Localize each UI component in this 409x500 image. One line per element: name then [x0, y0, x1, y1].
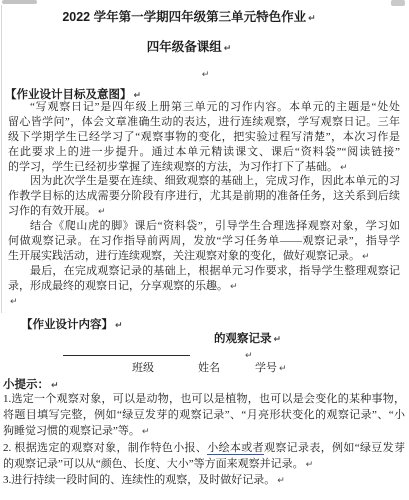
paragraph-mark-icon: ↵	[279, 364, 287, 374]
tip-line: 的观察记录”可以从“颜色、长度、大小”等方面来观察并记录。↵	[3, 456, 405, 472]
paragraph-mark-icon: ↵	[202, 70, 210, 80]
document-title: 2022 学年第一学期四年级第三单元特色作业↵	[8, 7, 370, 25]
paragraph-mark-icon: ↵	[98, 207, 106, 217]
text: 观察记录表，例如“绿豆发芽	[264, 442, 405, 454]
tips-heading: 小提示：↵	[3, 376, 59, 392]
fill-in-blank-row: ↵	[8, 343, 400, 355]
text-line: 录，形成最终的观察日记，分享观察的乐趣。↵	[8, 279, 400, 294]
paragraph-mark-icon: ↵	[142, 427, 150, 437]
grammar-underlined-text: 小绘本或者	[207, 442, 264, 455]
class-label: 班级	[132, 362, 154, 374]
name-label: 姓名	[198, 362, 220, 374]
title-text: 2022 学年第一学期四年级第三单元特色作业	[62, 10, 306, 24]
text-line: 作教学目标的达成需要分阶段有序进行，尤其是前期的准备任务，这关系到后续	[8, 189, 400, 204]
heading-text: 【作业设计内容】	[21, 319, 113, 331]
text: 习作的有效开展。	[8, 205, 96, 217]
text-line: 最后，在完成观察记录的基础上，根据单元习作要求，指导学生整理观察记	[8, 264, 400, 279]
text-line: 的学习，学生已经初步掌握了连续观察的方法，为习作打下了基础。↵	[8, 160, 400, 175]
text-line: 何做观察记录。在习作指导前两周，发放“学习任务单——观察记录”，指导学	[8, 234, 400, 249]
empty-paragraph: ↵	[8, 294, 18, 308]
top-left-ui-fragment	[2, 0, 37, 4]
paragraph-mark-icon: ↵	[277, 476, 285, 486]
text-line: 在此要求上的进一步提升。通过本单元精读课文、课后“资料袋”“阅读链接”	[8, 145, 400, 160]
text-line: 结合《爬山虎的脚》课后“资料袋”，引导学生合理选择观察对象，学习如	[8, 219, 400, 234]
goals-text-block: “写观察日记”是四年级上册第三单元的习作内容。本单元的主题是“处处 留心皆学问”…	[8, 100, 400, 294]
tip-line: 1.选定一个观察对象，可以是动物，也可以是植物，也可以是会变化的某种事物，	[3, 391, 405, 407]
paragraph-mark-icon: ↵	[115, 321, 123, 331]
text-line: 生开展实践活动，进行连续观察，关注观察对象的变化，做好观察记录。↵	[8, 249, 400, 264]
subtitle-text: 四年级备课组	[147, 40, 222, 54]
paragraph-mark-icon: ↵	[10, 297, 18, 307]
paragraph-mark-icon: ↵	[230, 282, 238, 292]
text: 狗睡觉习惯的观察记录”等。	[3, 425, 140, 437]
top-right-ui-fragment	[391, 0, 405, 6]
paragraph-mark-icon: ↵	[340, 163, 348, 173]
student-info-row: 班级姓名学号↵	[8, 359, 400, 375]
text: 生开展实践活动，进行连续观察，关注观察对象的变化，做好观察记录。	[8, 250, 360, 262]
text: 录，形成最终的观察日记，分享观察的乐趣。	[8, 280, 228, 292]
document-page: 2022 学年第一学期四年级第三单元特色作业↵ 四年级备课组↵ ↵ 【作业设计目…	[0, 0, 409, 500]
section-heading-content: 【作业设计内容】↵	[21, 316, 123, 332]
paragraph-mark-icon: ↵	[51, 381, 59, 391]
text-line: 留心皆学问”，体会文章准确生动的表达，进行连续观察，学写观察日记。三年	[8, 115, 400, 130]
empty-paragraph: ↵	[0, 64, 409, 82]
tip-line: 将题目填写完整，例如“绿豆发芽的观察记录”、“月亮形状变化的观察记录”、“小	[3, 407, 405, 423]
document-subtitle: 四年级备课组↵	[8, 37, 370, 55]
tips-heading-text: 小提示：	[3, 379, 49, 391]
text-line: “写观察日记”是四年级上册第三单元的习作内容。本单元的主题是“处处	[8, 100, 400, 115]
text-line: 级下学期学生已经学习了“观察事物的变化，把实验过程写清楚”，本次习作是	[8, 130, 400, 145]
paragraph-mark-icon: ↵	[362, 252, 370, 262]
paragraph-mark-icon: ↵	[224, 44, 232, 54]
text-line: 因为此次学生是要在连续、细致观察的基础上，完成习作，因此本单元的习	[8, 174, 400, 189]
student-number-label: 学号	[255, 362, 277, 374]
fill-in-blank-line	[63, 345, 190, 356]
tip-line: 狗睡觉习惯的观察记录”等。↵	[3, 423, 405, 439]
page-edge-line	[1, 5, 2, 313]
paragraph-mark-icon: ↵	[308, 14, 316, 24]
tips-list: 1.选定一个观察对象，可以是动物，也可以是植物，也可以是会变化的某种事物， 将题…	[3, 391, 405, 488]
tip-line: 3.进行持续一段时间的、连续性的观察，及时做好记录。↵	[3, 472, 405, 488]
text: 2. 根据选定的观察对象，制作特色小报、	[3, 442, 207, 454]
text: 的学习，学生已经初步掌握了连续观察的方法，为习作打下了基础。	[8, 161, 338, 173]
text-line: 习作的有效开展。↵	[8, 204, 400, 219]
text: 3.进行持续一段时间的、连续性的观察，及时做好记录。	[3, 474, 275, 486]
tip-line: 2. 根据选定的观察对象，制作特色小报、小绘本或者观察记录表，例如“绿豆发芽	[3, 440, 405, 456]
paragraph-mark-icon: ↵	[306, 460, 314, 470]
text: 的观察记录”可以从“颜色、长度、大小”等方面来观察并记录。	[3, 458, 304, 470]
